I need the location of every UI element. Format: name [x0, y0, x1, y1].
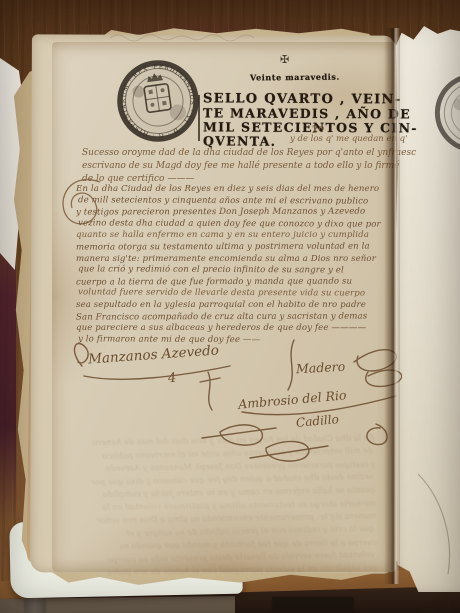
printed-header-line-3: MIL SETECIENTOS Y CIN-	[203, 120, 451, 134]
cross-icon: ✠	[280, 53, 296, 66]
manuscript-body: En la dha Ciudad de los Reyes en diez y …	[76, 184, 398, 346]
photo-of-document: FERDINANDUS · VI · D · G · HISPANIARUM ·…	[0, 0, 460, 613]
pencil-arc-icon	[408, 468, 460, 580]
under-table-dark-gap	[272, 597, 354, 613]
printed-block-rule	[198, 95, 200, 141]
manuscript-line: voluntad fuere servido de llevarle desta…	[78, 288, 400, 301]
main-page: FERDINANDUS · VI · D · G · HISPANIARUM ·…	[52, 42, 396, 572]
tax-stamp-line: Veinte maravedis.	[250, 73, 340, 83]
manuscript-line: escrivano de su Magd doy fee me hallé pr…	[82, 160, 416, 173]
printed-header-line-2: TE MARAVEDIS , AÑO DE	[203, 106, 451, 120]
manuscript-intro: Sucesso oroyme dad de la dha ciudad de l…	[82, 147, 416, 186]
manuscript-line: vezino desta dha ciudad a quien doy fee …	[78, 218, 400, 231]
manuscript-line: memoria otorga su testamento ultima y po…	[76, 241, 398, 254]
bleedthrough-text: En la dha Ciudad de los Reyes en diez y …	[69, 431, 377, 578]
manuscript-line: sea sepultado en la yglesia parroquial c…	[76, 300, 398, 312]
manuscript-line: manera sig'te: primeramente encomienda s…	[76, 254, 398, 266]
manuscript-line: San Francisco acompañado de cruz alta cu…	[76, 311, 398, 324]
page-crease	[384, 28, 400, 584]
manuscript-line: y testigos parecieron presentes Don Jose…	[76, 207, 398, 220]
manuscript-line: quanto se halla enfermo en cama y en su …	[76, 230, 398, 242]
manuscript-line: que la crió y redimió con el precio infi…	[78, 264, 400, 277]
manuscript-line: Sucesso oroyme dad de la dha ciudad de l…	[82, 147, 416, 160]
royal-seal-icon: FERDINANDUS · VI · D · G · HISPANIARUM ·…	[111, 54, 206, 149]
printed-header-line-1: SELLO QVARTO , VEIN-	[203, 92, 451, 106]
manuscript-line: En la dha Ciudad de los Reyes en diez y …	[76, 184, 398, 196]
